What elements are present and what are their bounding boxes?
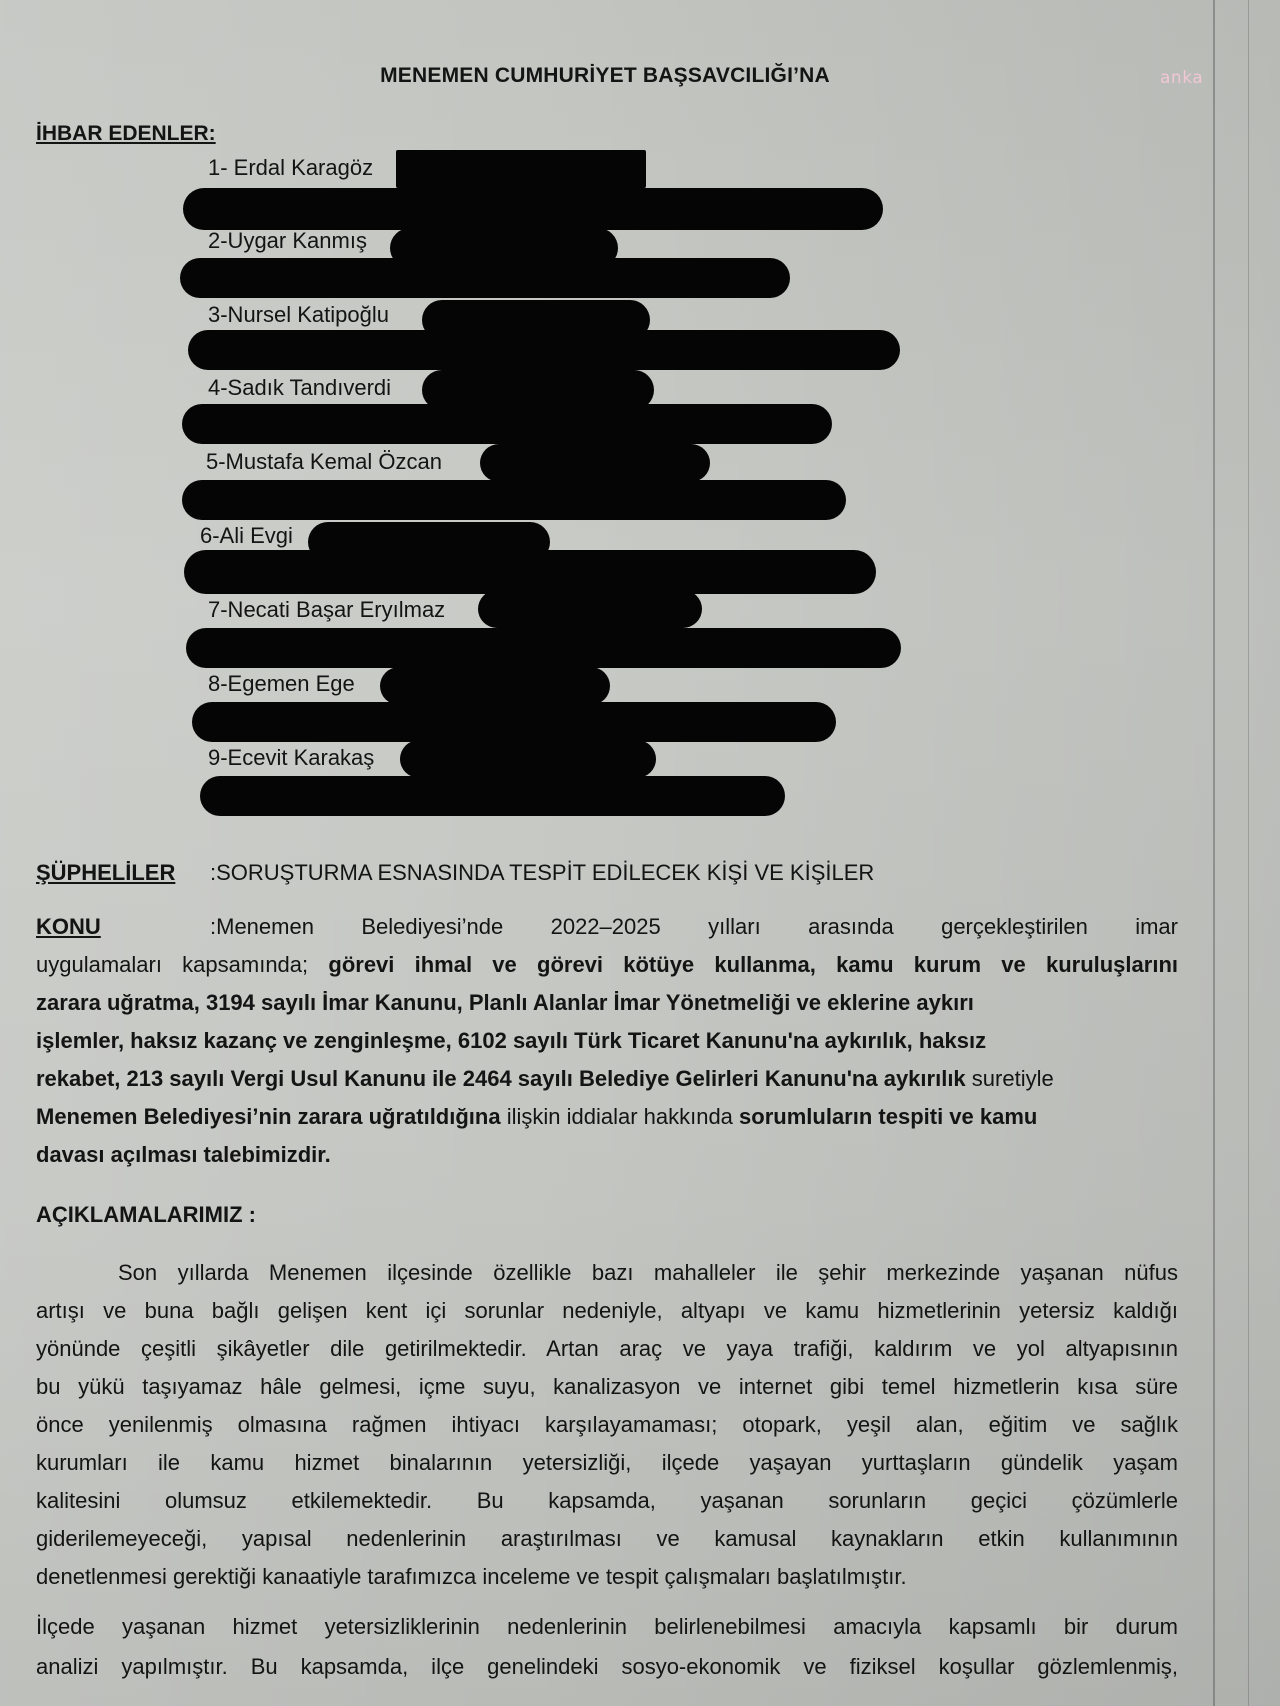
complainant-name: 2-Uygar Kanmış bbox=[208, 228, 367, 254]
complainants-heading: İHBAR EDENLER: bbox=[36, 122, 216, 146]
redaction-bar bbox=[182, 480, 846, 520]
subject-text: Menemen Belediyesi’nin zarara uğratıldığ… bbox=[36, 1104, 501, 1129]
redaction-bar bbox=[200, 776, 785, 816]
paragraph-line: bu yükü taşıyamaz hâle gelmesi, içme suy… bbox=[36, 1372, 1178, 1402]
redaction-bar bbox=[188, 330, 900, 370]
suspects-row: ŞÜPHELİLER:SORUŞTURMA ESNASINDA TESPİT E… bbox=[36, 858, 874, 888]
document-page: anka MENEMEN CUMHURİYET BAŞSAVCILIĞI’NA … bbox=[0, 0, 1280, 1706]
complainant-name: 4-Sadık Tandıverdi bbox=[208, 375, 391, 401]
paragraph-line: analizi yapılmıştır. Bu kapsamda, ilçe g… bbox=[36, 1652, 1178, 1682]
subject-text: ilişkin iddialar hakkında bbox=[501, 1104, 739, 1129]
redaction-bar bbox=[396, 150, 646, 188]
subject-line: KONU:Menemen Belediyesi’nde 2022–2025 yı… bbox=[36, 912, 1178, 942]
subject-text: görevi ihmal ve görevi kötüye kullanma, … bbox=[328, 952, 1178, 977]
complainant-name: 8-Egemen Ege bbox=[208, 671, 355, 697]
subject-text: rekabet, 213 sayılı Vergi Usul Kanunu il… bbox=[36, 1066, 966, 1091]
complainant-name: 9-Ecevit Karakaş bbox=[208, 745, 374, 771]
subject-text: :Menemen Belediyesi’nde 2022–2025 yıllar… bbox=[210, 914, 1178, 939]
subject-line: davası açılması talebimizdir. bbox=[36, 1140, 331, 1170]
subject-text: sorumluların tespiti ve kamu bbox=[739, 1104, 1037, 1129]
complainant-name: 5-Mustafa Kemal Özcan bbox=[206, 449, 442, 475]
subject-text: uygulamaları kapsamında; bbox=[36, 952, 328, 977]
redaction-bar bbox=[186, 628, 901, 668]
redaction-bar bbox=[180, 258, 790, 298]
redaction-bar bbox=[183, 188, 883, 230]
paragraph-line: Son yıllarda Menemen ilçesinde özellikle… bbox=[118, 1258, 1178, 1288]
complainant-name: 7-Necati Başar Eryılmaz bbox=[208, 597, 445, 623]
subject-line: işlemler, haksız kazanç ve zenginleşme, … bbox=[36, 1026, 1178, 1056]
complainant-name: 3-Nursel Katipoğlu bbox=[208, 302, 389, 328]
subject-label: KONU bbox=[36, 912, 210, 942]
subject-line: Menemen Belediyesi’nin zarara uğratıldığ… bbox=[36, 1102, 1178, 1132]
paragraph-line: önce yenilenmiş olmasına rağmen ihtiyacı… bbox=[36, 1410, 1178, 1440]
subject-text: işlemler, haksız kazanç ve zenginleşme, … bbox=[36, 1028, 986, 1053]
paragraph-line: denetlenmesi gerektiği kanaatiyle tarafı… bbox=[36, 1562, 907, 1592]
paragraph-line: İlçede yaşanan hizmet yetersizliklerinin… bbox=[36, 1612, 1178, 1642]
redaction-bar bbox=[480, 444, 710, 482]
redaction-bar bbox=[478, 590, 702, 628]
subject-line: zarara uğratma, 3194 sayılı İmar Kanunu,… bbox=[36, 988, 1178, 1018]
paragraph-line: yönünde çeşitli şikâyetler dile getirilm… bbox=[36, 1334, 1178, 1364]
explanations-heading: AÇIKLAMALARIMIZ : bbox=[36, 1200, 256, 1230]
suspects-value: :SORUŞTURMA ESNASINDA TESPİT EDİLECEK Kİ… bbox=[210, 860, 874, 885]
subject-line: uygulamaları kapsamında; görevi ihmal ve… bbox=[36, 950, 1178, 980]
complainant-name: 1- Erdal Karagöz bbox=[208, 155, 373, 181]
subject-text: suretiyle bbox=[966, 1066, 1054, 1091]
subject-text: zarara uğratma, 3194 sayılı İmar Kanunu,… bbox=[36, 990, 974, 1015]
paragraph-line: kalitesini olumsuz etkilemektedir. Bu ka… bbox=[36, 1486, 1178, 1516]
paragraph-line: artışı ve buna bağlı gelişen kent içi so… bbox=[36, 1296, 1178, 1326]
redaction-bar bbox=[380, 667, 610, 705]
subject-line: rekabet, 213 sayılı Vergi Usul Kanunu il… bbox=[36, 1064, 1178, 1094]
redaction-bar bbox=[182, 404, 832, 444]
paper-fold-line bbox=[1213, 0, 1215, 1706]
paper-fold-line bbox=[1248, 0, 1249, 1706]
paragraph-line: kurumları ile kamu hizmet binalarının ye… bbox=[36, 1448, 1178, 1478]
subject-text: davası açılması talebimizdir. bbox=[36, 1142, 331, 1167]
redaction-bar bbox=[192, 702, 836, 742]
document-title: MENEMEN CUMHURİYET BAŞSAVCILIĞI’NA bbox=[0, 64, 1210, 88]
complainant-name: 6-Ali Evgi bbox=[200, 523, 293, 549]
redaction-bar bbox=[400, 740, 656, 778]
paragraph-line: giderilemeyeceği, yapısal nedenlerinin a… bbox=[36, 1524, 1178, 1554]
suspects-label: ŞÜPHELİLER bbox=[36, 858, 210, 888]
redaction-bar bbox=[184, 550, 876, 594]
